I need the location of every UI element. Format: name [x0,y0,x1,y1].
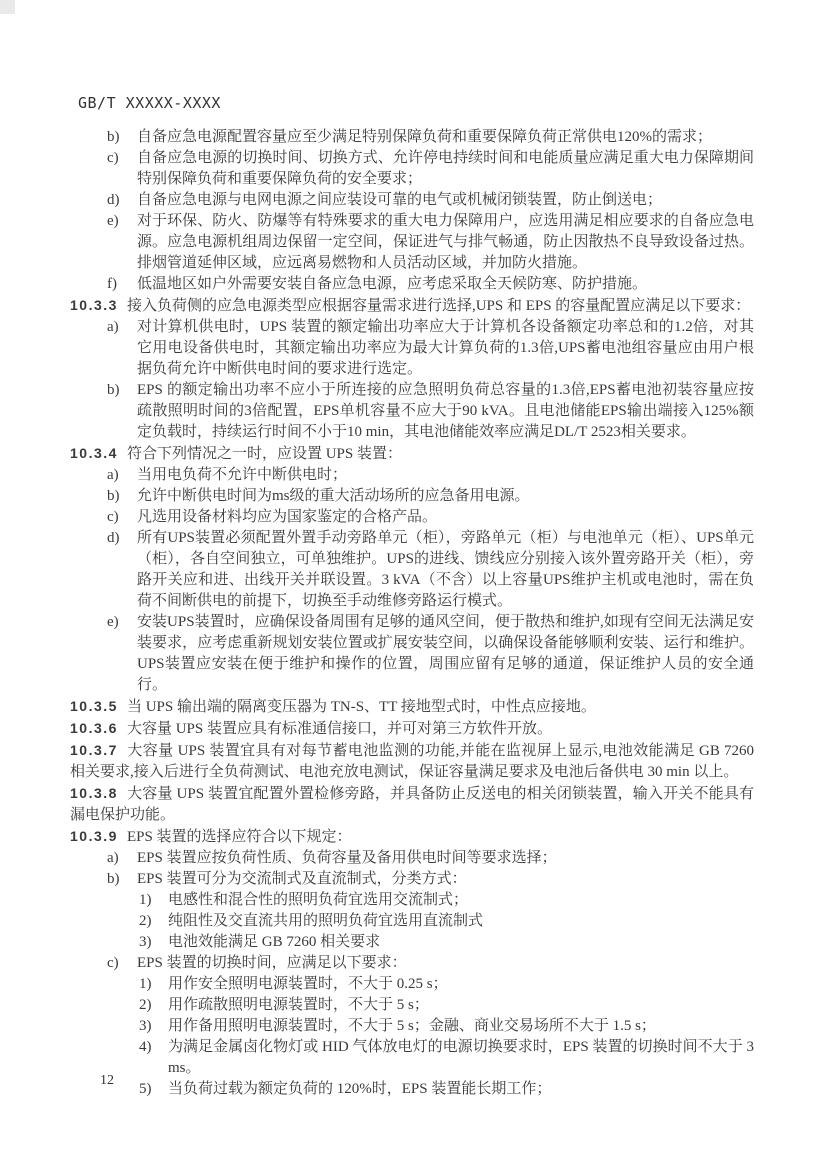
item-label: 2) [139,911,152,932]
item-text: 电感性和混合性的照明负荷宜选用交流制式； [168,892,468,908]
clause-number: 10.3.7 [70,742,118,758]
list-item: b)自备应急电源配置容量应至少满足特别保障负荷和重要保障负荷正常供电120%的需… [70,127,754,148]
list-item: d)所有UPS装置必须配置外置手动旁路单元（柜），旁路单元（柜）与电池单元（柜）… [70,528,754,612]
clause: 10.3.7大容量 UPS 装置宜具有对每节蓄电池监测的功能,并能在监视屏上显示… [70,740,754,783]
item-label: 2) [139,995,152,1016]
item-text: 安装UPS装置时，应确保设备周围有足够的通风空间，便于散热和维护,如现有空间无法… [137,614,754,693]
scan-corner-artifact [0,0,15,14]
item-text: 自备应急电源与电网电源之间应装设可靠的电气或机械闭锁装置，防止倒送电； [137,192,662,208]
clause: 10.3.5当 UPS 输出端的隔离变压器为 TN-S、TT 接地型式时，中性点… [70,696,754,718]
list-item: e)安装UPS装置时，应确保设备周围有足够的通风空间，便于散热和维护,如现有空间… [70,612,754,696]
item-label: d) [107,528,120,549]
clause-number: 10.3.6 [70,720,118,736]
document-header: GB/T XXXXX-XXXX [78,94,221,112]
document-page: { "document": { "header": "GB/T XXXXX-XX… [0,0,827,1170]
clause-number: 10.3.8 [70,785,118,801]
item-text: 允许中断供电时间为ms级的重大活动场所的应急备用电源。 [137,488,530,504]
item-text: 所有UPS装置必须配置外置手动旁路单元（柜），旁路单元（柜）与电池单元（柜）、U… [137,530,754,609]
page-number: 12 [100,1073,114,1089]
list-item: b)EPS 装置可分为交流制式及直流制式，分类方式： [70,869,754,890]
list-item: f)低温地区如户外需要安装自备应急电源，应考虑采取全天候防寒、防护措施。 [70,274,754,295]
document-body: b)自备应急电源配置容量应至少满足特别保障负荷和重要保障负荷正常供电120%的需… [70,127,754,1100]
item-label: c) [107,953,119,974]
clause-text: 接入负荷侧的应急电源类型应根据容量需求进行选择,UPS 和 EPS 的容量配置应… [127,298,750,314]
item-text: EPS 装置应按负荷性质、负荷容量及备用供电时间等要求选择； [137,850,557,866]
item-text: 纯阻性及交直流共用的照明负荷宜选用直流制式 [168,913,483,929]
item-text: 当负荷过载为额定负荷的 120%时，EPS 装置能长期工作； [168,1081,551,1097]
item-text: 低温地区如户外需要安装自备应急电源，应考虑采取全天候防寒、防护措施。 [137,276,647,292]
item-label: a) [107,317,119,338]
item-text: 电池效能满足 GB 7260 相关要求 [168,934,380,950]
item-text: EPS 的额定输出功率不应小于所连接的应急照明负荷总容量的1.3倍,EPS蓄电池… [137,382,754,440]
clause: 10.3.4符合下列情况之一时，应设置 UPS 装置： [70,443,754,465]
item-label: 5) [139,1079,152,1100]
item-text: EPS 装置可分为交流制式及直流制式，分类方式： [137,871,467,887]
list-item: a)对计算机供电时，UPS 装置的额定输出功率应大于计算机各设备额定功率总和的1… [70,317,754,380]
list-item: 3)电池效能满足 GB 7260 相关要求 [70,932,754,953]
clause-text: 符合下列情况之一时，应设置 UPS 装置： [127,446,402,462]
clause: 10.3.9EPS 装置的选择应符合以下规定： [70,826,754,848]
list-item: c)凡选用设备材料均应为国家鉴定的合格产品。 [70,507,754,528]
item-label: 3) [139,1016,152,1037]
clause-number: 10.3.3 [70,297,118,313]
item-text: 用作疏散照明电源装置时，不大于 5 s； [168,997,429,1013]
clause: 10.3.8大容量 UPS 装置宜配置外置检修旁路，并具备防止反送电的相关闭锁装… [70,783,754,826]
list-item: c)EPS 装置的切换时间，应满足以下要求： [70,953,754,974]
item-text: 为满足金属卤化物灯或 HID 气体放电灯的电源切换要求时，EPS 装置的切换时间… [168,1039,754,1076]
item-label: 3) [139,932,152,953]
list-item: 4)为满足金属卤化物灯或 HID 气体放电灯的电源切换要求时，EPS 装置的切换… [70,1037,754,1079]
item-label: c) [107,148,119,169]
item-label: e) [107,211,119,232]
item-label: c) [107,507,119,528]
clause-text: 大容量 UPS 装置宜具有对每节蓄电池监测的功能,并能在监视屏上显示,电池效能满… [70,743,754,780]
item-text: 用作安全照明电源装置时，不大于 0.25 s； [168,976,448,992]
item-label: b) [107,127,120,148]
list-item: d)自备应急电源与电网电源之间应装设可靠的电气或机械闭锁装置，防止倒送电； [70,190,754,211]
list-item: 3)用作备用照明电源装置时，不大于 5 s；金融、商业交易场所不大于 1.5 s… [70,1016,754,1037]
item-text: EPS 装置的切换时间，应满足以下要求： [137,955,407,971]
list-item: 1)用作安全照明电源装置时，不大于 0.25 s； [70,974,754,995]
clause: 10.3.6大容量 UPS 装置应具有标准通信接口，并可对第三方软件开放。 [70,718,754,740]
clause-text: 当 UPS 输出端的隔离变压器为 TN-S、TT 接地型式时，中性点应接地。 [127,699,596,715]
item-label: a) [107,465,119,486]
clause-text: 大容量 UPS 装置应具有标准通信接口，并可对第三方软件开放。 [127,721,552,737]
clause-number: 10.3.5 [70,698,118,714]
item-label: 1) [139,974,152,995]
item-text: 对计算机供电时，UPS 装置的额定输出功率应大于计算机各设备额定功率总和的1.2… [137,319,754,377]
list-item: a)当用电负荷不允许中断供电时； [70,465,754,486]
clause: 10.3.3接入负荷侧的应急电源类型应根据容量需求进行选择,UPS 和 EPS … [70,295,754,317]
item-label: f) [107,274,117,295]
item-text: 当用电负荷不允许中断供电时； [137,467,347,483]
item-label: b) [107,869,120,890]
list-item: a)EPS 装置应按负荷性质、负荷容量及备用供电时间等要求选择； [70,848,754,869]
item-label: a) [107,848,119,869]
list-item: c)自备应急电源的切换时间、切换方式、允许停电持续时间和电能质量应满足重大电力保… [70,148,754,190]
clause-number: 10.3.4 [70,445,118,461]
list-item: e)对于环保、防火、防爆等有特殊要求的重大电力保障用户，应选用满足相应要求的自备… [70,211,754,274]
item-text: 自备应急电源的切换时间、切换方式、允许停电持续时间和电能质量应满足重大电力保障期… [137,150,754,187]
list-item: 2)纯阻性及交直流共用的照明负荷宜选用直流制式 [70,911,754,932]
item-label: 1) [139,890,152,911]
item-text: 自备应急电源配置容量应至少满足特别保障负荷和重要保障负荷正常供电120%的需求； [137,129,712,145]
list-item: 1)电感性和混合性的照明负荷宜选用交流制式； [70,890,754,911]
list-item: b)允许中断供电时间为ms级的重大活动场所的应急备用电源。 [70,486,754,507]
item-text: 对于环保、防火、防爆等有特殊要求的重大电力保障用户，应选用满足相应要求的自备应急… [137,213,754,271]
item-text: 用作备用照明电源装置时，不大于 5 s；金融、商业交易场所不大于 1.5 s； [168,1018,656,1034]
item-text: 凡选用设备材料均应为国家鉴定的合格产品。 [137,509,437,525]
clause-text: 大容量 UPS 装置宜配置外置检修旁路，并具备防止反送电的相关闭锁装置，输入开关… [70,786,754,823]
item-label: e) [107,612,119,633]
clause-text: EPS 装置的选择应符合以下规定： [127,829,352,845]
list-item: b)EPS 的额定输出功率不应小于所连接的应急照明负荷总容量的1.3倍,EPS蓄… [70,380,754,443]
item-label: b) [107,380,120,401]
list-item: 5)当负荷过载为额定负荷的 120%时，EPS 装置能长期工作； [70,1079,754,1100]
item-label: b) [107,486,120,507]
item-label: d) [107,190,120,211]
list-item: 2)用作疏散照明电源装置时，不大于 5 s； [70,995,754,1016]
item-label: 4) [139,1037,152,1058]
clause-number: 10.3.9 [70,828,118,844]
